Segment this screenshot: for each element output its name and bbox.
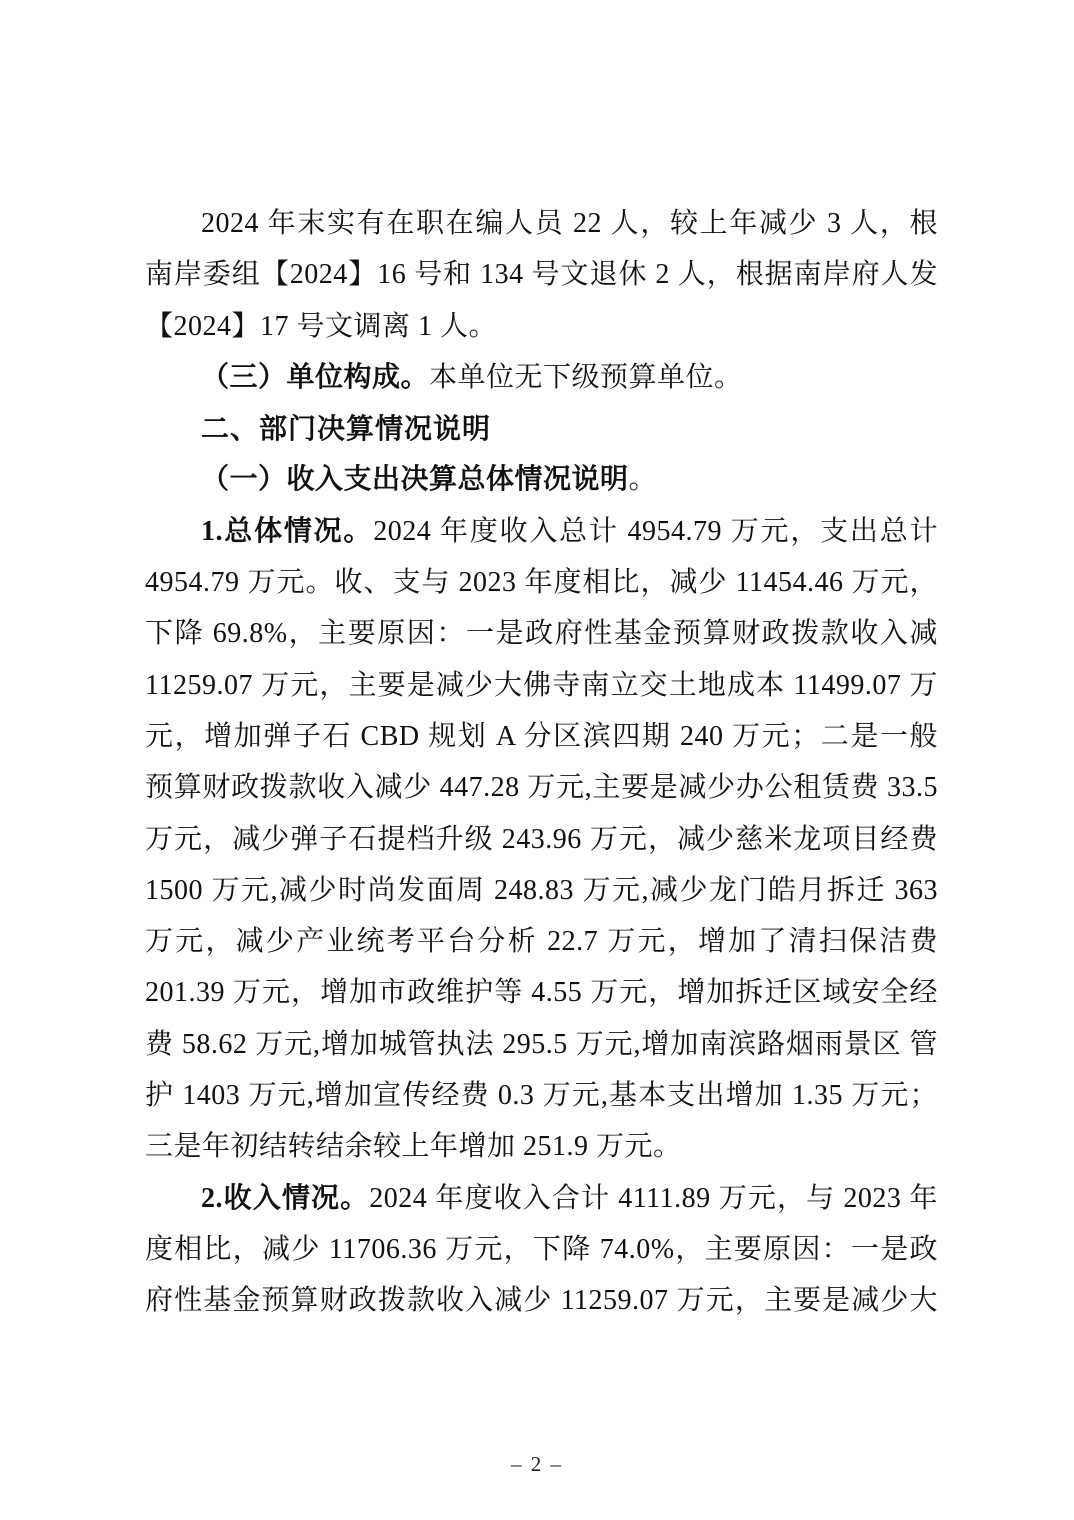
para-overall-line-5: 元，增加弹子石 CBD 规划 A 分区滨四期 240 万元；二是一般公共 [145, 711, 938, 762]
para-income-line-2: 度相比，减少 11706.36 万元，下降 74.0%，主要原因：一是政 [145, 1224, 938, 1275]
heading-subsection-1-suffix: 。 [629, 464, 658, 495]
para-overall-line-6: 预算财政拨款收入减少 447.28 万元,主要是减少办公租赁费 33.5 [145, 762, 938, 813]
unit-composition-label: （三）单位构成。 [201, 362, 429, 393]
para-income-label: 2.收入情况。 [201, 1183, 369, 1214]
para-overall-line-8: 1500 万元,减少时尚发面周 248.83 万元,减少龙门皓月拆迁 363 [145, 865, 938, 916]
para-overall-line-2: 4954.79 万元。收、支与 2023 年度相比，减少 11454.46 万元… [145, 557, 938, 608]
para-overall-line-7: 万元，减少弹子石提档升级 243.96 万元，减少慈米龙项目经费 [145, 814, 938, 865]
heading-subsection-1: （一）收入支出决算总体情况说明。 [145, 454, 938, 505]
para-overall-line-1: 1.总体情况。2024 年度收入总计 4954.79 万元，支出总计 [145, 506, 938, 557]
para-overall-line-3: 下降 69.8%，主要原因：一是政府性基金预算财政拨款收入减少 [145, 608, 938, 659]
para-income-line-1-text: 2024 年度收入合计 4111.89 万元，与 2023 年 [369, 1183, 938, 1214]
para-income-line-3: 府性基金预算财政拨款收入减少 11259.07 万元，主要是减少大 [145, 1275, 938, 1326]
page-number: – 2 – [0, 1452, 1074, 1477]
para-overall-line-4: 11259.07 万元，主要是减少大佛寺南立交土地成本 11499.07 万 [145, 660, 938, 711]
heading-subsection-1-label: （一）收入支出决算总体情况说明 [201, 464, 629, 495]
document-page: 2024 年末实有在职在编人员 22 人，较上年减少 3 人，根据 南岸委组【2… [0, 0, 1074, 1520]
para-staffing-line-2: 南岸委组【2024】16 号和 134 号文退休 2 人，根据南岸府人发 [145, 249, 938, 300]
para-overall-line-9: 万元，减少产业统考平台分析 22.7 万元，增加了清扫保洁费 [145, 916, 938, 967]
para-overall-line-12: 护 1403 万元,增加宣传经费 0.3 万元,基本支出增加 1.35 万元； [145, 1070, 938, 1121]
para-staffing-line-3: 【2024】17 号文调离 1 人。 [145, 301, 938, 352]
para-staffing-line-1: 2024 年末实有在职在编人员 22 人，较上年减少 3 人，根据 [145, 198, 938, 249]
unit-composition-text: 本单位无下级预算单位。 [429, 362, 743, 393]
para-income-line-1: 2.收入情况。2024 年度收入合计 4111.89 万元，与 2023 年 [145, 1173, 938, 1224]
heading-section-2: 二、部门决算情况说明 [145, 403, 938, 454]
document-body: 2024 年末实有在职在编人员 22 人，较上年减少 3 人，根据 南岸委组【2… [145, 198, 938, 1327]
para-overall-line-13: 三是年初结转结余较上年增加 251.9 万元。 [145, 1121, 938, 1172]
heading-section-2-text: 二、部门决算情况说明 [201, 413, 491, 444]
para-unit-composition: （三）单位构成。本单位无下级预算单位。 [145, 352, 938, 403]
para-overall-label: 1.总体情况。 [201, 516, 373, 547]
para-overall-line-11: 费 58.62 万元,增加城管执法 295.5 万元,增加南滨路烟雨景区 管 [145, 1019, 938, 1070]
para-overall-line-1-text: 2024 年度收入总计 4954.79 万元，支出总计 [373, 516, 938, 547]
para-overall-line-10: 201.39 万元，增加市政维护等 4.55 万元，增加拆迁区域安全经 [145, 967, 938, 1018]
